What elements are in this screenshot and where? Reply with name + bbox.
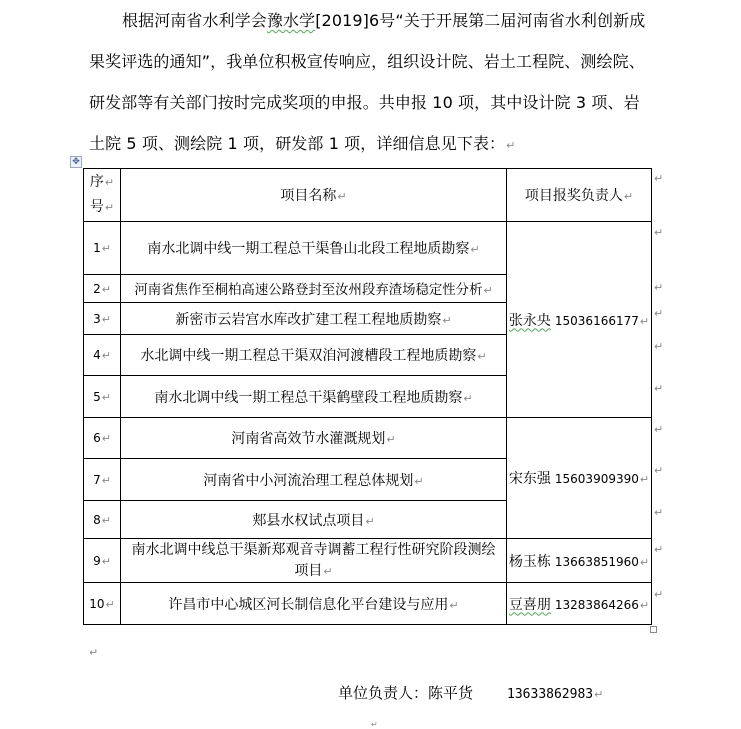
row-project-name: 河南省高效节水灌溉规划↵	[121, 418, 507, 459]
row-project-name: 郏县水权试点项目↵	[121, 501, 507, 539]
contact-name: 杨玉栋	[509, 554, 551, 570]
awards-table: 序↵号↵ 项目名称↵ 项目报奖负责人↵ 1↵ 南水北调中线一期工程总干渠鲁山北段…	[83, 168, 652, 625]
paragraph-mark-icon: ↵	[594, 688, 603, 701]
row-end-mark-icon: ↵	[654, 382, 663, 395]
signature-label: 单位负责人：陈平货	[338, 684, 473, 702]
row-no: 1↵	[84, 222, 121, 275]
row-project-name: 许昌市中心城区河长制信息化平台建设与应用↵	[121, 583, 507, 625]
signature-phone: 13633862983	[507, 687, 593, 702]
row-end-mark-icon: ↵	[654, 172, 663, 185]
table-resize-handle-icon[interactable]	[650, 626, 657, 633]
empty-paragraph-mark-icon: ↵	[89, 646, 98, 659]
row-end-mark-icon: ↵	[654, 588, 663, 601]
row-end-mark-icon: ↵	[654, 340, 663, 353]
signature-line: 单位负责人：陈平货13633862983↵	[338, 682, 603, 703]
row-end-mark-icon: ↵	[654, 423, 663, 436]
row-project-name: 河南省中小河流治理工程总体规划↵	[121, 459, 507, 501]
contact-name: 张永央	[509, 313, 551, 329]
row-no: 9↵	[84, 539, 121, 583]
intro-text-2: [2019]6号“关于开展第二届河南省水利创新成果奖评选的通知”，我单位积极宣传…	[89, 11, 645, 153]
header-contact: 项目报奖负责人↵	[507, 169, 652, 222]
document-page: 根据河南省水利学会豫水学[2019]6号“关于开展第二届河南省水利创新成果奖评选…	[0, 0, 741, 729]
contact-cell: 杨玉栋13663851960↵	[507, 539, 652, 583]
contact-name: 宋东强	[509, 471, 551, 487]
contact-phone: 13663851960	[555, 555, 639, 569]
intro-text-1: 根据河南省水利学会	[122, 11, 267, 30]
contact-cell: 宋东强15603909390↵	[507, 418, 652, 539]
contact-phone: 15036166177	[555, 314, 639, 328]
row-no: 8↵	[84, 501, 121, 539]
header-name: 项目名称↵	[121, 169, 507, 222]
intro-paragraph: 根据河南省水利学会豫水学[2019]6号“关于开展第二届河南省水利创新成果奖评选…	[89, 0, 654, 166]
row-end-mark-icon: ↵	[654, 307, 663, 320]
row-end-mark-icon: ↵	[654, 506, 663, 519]
row-no: 2↵	[84, 275, 121, 303]
row-no: 4↵	[84, 335, 121, 376]
row-project-name: 河南省焦作至桐柏高速公路登封至汝州段弃渣场稳定性分析↵	[121, 275, 507, 303]
row-no: 10↵	[84, 583, 121, 625]
row-project-name: 南水北调中线一期工程总干渠鲁山北段工程地质勘察↵	[121, 222, 507, 275]
paragraph-mark-icon: ↵	[506, 139, 515, 152]
row-project-name: 水北调中线一期工程总干渠双洎河渡槽段工程地质勘察↵	[121, 335, 507, 376]
row-end-mark-icon: ↵	[654, 464, 663, 477]
table-move-handle-icon[interactable]: ✥	[70, 156, 82, 168]
row-no: 3↵	[84, 303, 121, 335]
row-no: 5↵	[84, 376, 121, 418]
contact-cell: 豆喜朋13283864266↵	[507, 583, 652, 625]
contact-cell: 张永央15036166177↵	[507, 222, 652, 418]
header-seq: 序↵号↵	[84, 169, 121, 222]
contact-phone: 13283864266	[555, 598, 639, 612]
row-end-mark-icon: ↵	[654, 226, 663, 239]
table-row: 9↵ 南水北调中线总干渠新郑观音寺调蓄工程行性研究阶段测绘项目↵ 杨玉栋1366…	[84, 539, 652, 583]
row-end-mark-icon: ↵	[654, 281, 663, 294]
row-project-name: 新密市云岩宫水库改扩建工程工程地质勘察↵	[121, 303, 507, 335]
bottom-mark-icon: ↵	[371, 720, 378, 729]
row-no: 6↵	[84, 418, 121, 459]
table-row: 6↵ 河南省高效节水灌溉规划↵ 宋东强15603909390↵	[84, 418, 652, 459]
contact-phone: 15603909390	[555, 472, 639, 486]
table-row: 1↵ 南水北调中线一期工程总干渠鲁山北段工程地质勘察↵ 张永央150361661…	[84, 222, 652, 275]
row-project-name: 南水北调中线总干渠新郑观音寺调蓄工程行性研究阶段测绘项目↵	[121, 539, 507, 583]
intro-text-spellcheck: 豫水学	[267, 11, 315, 30]
table-row: 10↵ 许昌市中心城区河长制信息化平台建设与应用↵ 豆喜朋13283864266…	[84, 583, 652, 625]
contact-name: 豆喜朋	[509, 597, 551, 613]
row-project-name: 南水北调中线一期工程总干渠鹤壁段工程地质勘察↵	[121, 376, 507, 418]
table-header-row: 序↵号↵ 项目名称↵ 项目报奖负责人↵	[84, 169, 652, 222]
row-end-mark-icon: ↵	[654, 543, 663, 556]
row-no: 7↵	[84, 459, 121, 501]
